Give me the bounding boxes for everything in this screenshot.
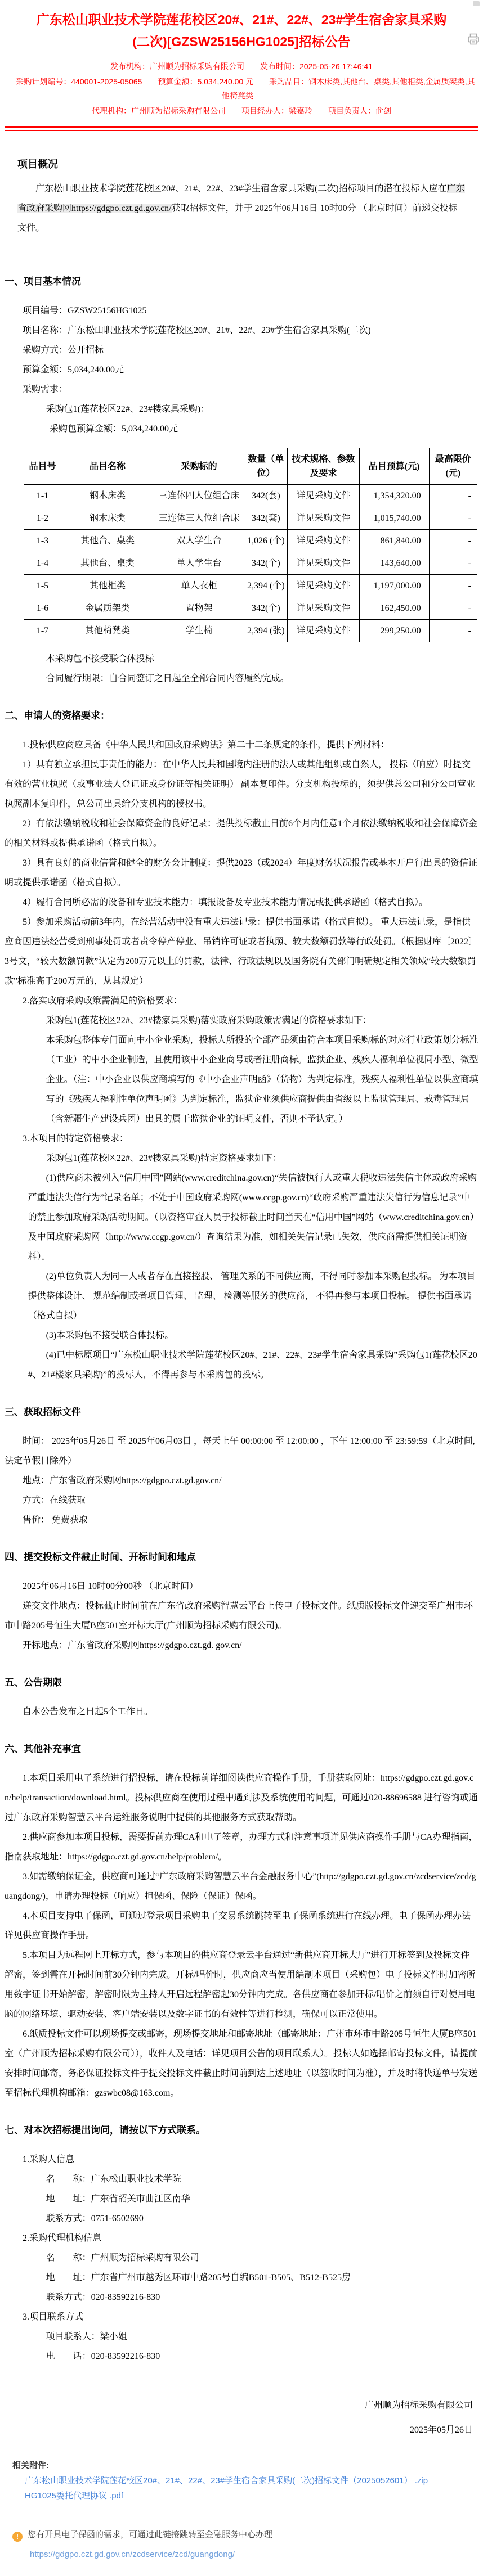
table-cell: 342(个) [244, 597, 288, 620]
meta-label: 代理机构： [92, 106, 131, 115]
notice-text: 您有开具电子保函的需求，可通过此链接跳转至金融服务中心办理 [28, 2530, 272, 2539]
table-cell: 1,015,740.00 [359, 507, 429, 530]
table-cell: 342(套) [244, 485, 288, 507]
meta-item: 项目负责人：俞剑 [328, 106, 391, 115]
section-heading: 三、获取招标文件 [5, 1404, 478, 1418]
table-cell: - [429, 620, 477, 642]
table-cell: 143,640.00 [359, 552, 429, 575]
table-cell: 其他柜类 [61, 575, 154, 597]
table-cell: 详见采购文件 [288, 597, 359, 620]
table-cell: 其他椅凳类 [61, 620, 154, 642]
table-cell: 其他台、桌类 [61, 552, 154, 575]
meta-row: 发布机构：广州顺为招标采购有限公司发布时间：2025-05-26 17:46:4… [5, 60, 478, 74]
alert-icon: ! [12, 2532, 23, 2542]
table-header-cell: 技术规格、参数及要求 [288, 448, 359, 485]
section-heading: 五、公告期限 [5, 1674, 478, 1688]
table-cell: 1-6 [24, 597, 61, 620]
table-cell: 置物架 [154, 597, 244, 620]
section-heading: 二、申请人的资格要求： [5, 708, 478, 722]
table-cell: 342(套) [244, 507, 288, 530]
paragraph: 时间： 2025年05月26日 至 2025年06月03日 ，每天上午 00:0… [5, 1431, 478, 1471]
table-row: 1-2钢木床类三连体三人位组合床342(套)详见采购文件1,015,740.00… [24, 507, 477, 530]
table-cell: 详见采购文件 [288, 530, 359, 552]
table-header-cell: 数量（单位） [244, 448, 288, 485]
table-cell: 详见采购文件 [288, 485, 359, 507]
red-divider [5, 126, 478, 131]
meta-item: 发布时间：2025-05-26 17:46:41 [260, 62, 373, 71]
paragraph: 1.投标供应商应具备《中华人民共和国政府采购法》第二十二条规定的条件，提供下列材… [5, 735, 478, 755]
meta-item: 采购品目：钢木床类,其他台、桌类,其他柜类,金属质架类,其他椅凳类 [222, 77, 475, 100]
table-cell: 1,354,320.00 [359, 485, 429, 507]
table-cell: 1,026 (个) [244, 530, 288, 552]
paragraph: 名 称：广东松山职业技术学院 [28, 2169, 478, 2189]
meta-row: 采购计划编号：440001-2025-05065预算金额：5,034,240.0… [5, 75, 478, 103]
meta-label: 发布机构： [110, 62, 150, 71]
overview-heading: 项目概况 [17, 156, 466, 171]
paragraph: 4）履行合同所必需的设备和专业技术能力：填报设备及专业技术能力情况或提供承诺函（… [5, 893, 478, 912]
table-row: 1-1钢木床类三连体四人位组合床342(套)详见采购文件1,354,320.00… [24, 485, 477, 507]
table-cell: 详见采购文件 [288, 575, 359, 597]
table-cell: 1-4 [24, 552, 61, 575]
print-icon[interactable] [467, 33, 480, 46]
table-cell: 双人学生台 [154, 530, 244, 552]
meta-label: 采购品目： [269, 77, 308, 86]
table-cell: 钢木床类 [61, 485, 154, 507]
paragraph: 地 址：广东省韶关市曲江区南华 [28, 2189, 478, 2209]
paragraph: 2025年06月16日 10时00分00秒 （北京时间） [5, 1577, 478, 1596]
paragraph: 开标地点：广东省政府采购网https://gdgpo.czt.gd. gov.c… [5, 1636, 478, 1655]
section-heading: 六、其他补充事宜 [5, 1741, 478, 1755]
table-cell: 1-7 [24, 620, 61, 642]
table-cell: 学生椅 [154, 620, 244, 642]
paragraph: 地点：广东省政府采购网https://gdgpo.czt.gd.gov.cn/ [5, 1471, 478, 1490]
project-overview-box: 项目概况 广东松山职业技术学院莲花校区20#、21#、22#、23#学生宿舍家具… [5, 146, 478, 254]
paragraph: 联系方式：0751-6502690 [28, 2209, 478, 2228]
table-cell: - [429, 507, 477, 530]
paragraph: 6.纸质投标文件可以现场提交或邮寄，现场提交地址和邮寄地址（邮寄地址：广州市环市… [5, 2024, 478, 2103]
table-cell: - [429, 552, 477, 575]
table-cell: 1-1 [24, 485, 61, 507]
table-row: 1-5其他柜类单人衣柜2,394 (个)详见采购文件1,197,000.00- [24, 575, 477, 597]
table-header-cell: 最高限价(元) [429, 448, 477, 485]
overview-text-before: 广东松山职业技术学院莲花校区20#、21#、22#、23#学生宿舍家具采购(二次… [35, 184, 447, 193]
paragraph: 1.采购人信息 [5, 2150, 478, 2169]
table-cell: 钢木床类 [61, 507, 154, 530]
table-cell: 金属质架类 [61, 597, 154, 620]
table-cell: - [429, 530, 477, 552]
paragraph: 自本公告发布之日起5个工作日。 [5, 1702, 478, 1722]
attachments-section: 相关附件: 广东松山职业技术学院莲花校区20#、21#、22#、23#学生宿舍家… [5, 2458, 478, 2503]
attachment-link[interactable]: HG1025委托代理协议 .pdf [25, 2488, 478, 2503]
meta-value: 梁嘉玲 [289, 106, 312, 115]
page-title: 广东松山职业技术学院莲花校区20#、21#、22#、23#学生宿舍家具采购(二次… [5, 0, 478, 55]
paragraph: 方式：在线获取 [5, 1490, 478, 1510]
paragraph: 5.本项目为远程网上开标方式，参与本项目的供应商登录云平台通过“新供应商开标大厅… [5, 1945, 478, 2024]
paragraph: 采购包1(莲花校区22#、23#楼家具采购)落实政府采购政策需满足的资格要求如下… [46, 1011, 478, 1030]
table-cell: 三连体三人位组合床 [154, 507, 244, 530]
paragraph: 3.如需缴纳保证金，供应商可通过“广东政府采购智慧云平台金融服务中心”(http… [5, 1867, 478, 1906]
table-cell: 详见采购文件 [288, 507, 359, 530]
table-header-cell: 品目号 [24, 448, 61, 485]
meta-value: 俞剑 [375, 106, 391, 115]
meta-label: 项目负责人： [328, 106, 375, 115]
table-cell: 详见采购文件 [288, 620, 359, 642]
paragraph: 2.供应商参加本项目投标，需要提前办理CA和电子签章，办理方式和注意事项详见供应… [5, 1827, 478, 1867]
paragraph: 本采购包不接受联合体投标 [28, 649, 478, 669]
table-row: 1-4其他台、桌类单人学生台342(个)详见采购文件143,640.00- [24, 552, 477, 575]
meta-label: 预算金额： [158, 77, 197, 86]
paragraph: 递交文件地点：投标截止时间前在广东省政府采购智慧云平台上传电子投标文件。纸质版投… [5, 1596, 478, 1636]
meta-value: 广州顺为招标采购有限公司 [131, 106, 226, 115]
meta-item: 预算金额：5,034,240.00 元 [158, 77, 253, 86]
paragraph: 1.本项目采用电子系统进行招投标，请在投标前详细阅读供应商操作手册，手册获取网址… [5, 1768, 478, 1827]
paragraph: 项目编号：GZSW25156HG1025 [5, 301, 478, 321]
paragraph: 2）有依法缴纳税收和社会保障资金的良好记录：提供投标截止日前6个月内任意1个月依… [5, 814, 478, 853]
paragraph: 1）具有独立承担民事责任的能力：在中华人民共和国境内注册的法人或其他组织或自然人… [5, 755, 478, 814]
table-cell: 三连体四人位组合床 [154, 485, 244, 507]
meta-row: 代理机构：广州顺为招标采购有限公司项目经办人：梁嘉玲项目负责人：俞剑 [5, 104, 478, 118]
table-cell: - [429, 597, 477, 620]
paragraph: 5）参加采购活动前3年内，在经营活动中没有重大违法记录：提供书面承诺（格式自拟）… [5, 912, 478, 991]
table-row: 1-7其他椅凳类学生椅2,394 (张)详见采购文件299,250.00- [24, 620, 477, 642]
meta-value: 2025-05-26 17:46:41 [299, 62, 373, 71]
paragraph: 采购方式：公开招标 [5, 340, 478, 360]
attachments-label: 相关附件: [5, 2458, 478, 2473]
paragraph: 预算金额：5,034,240.00元 [5, 360, 478, 380]
eguarantee-notice: !您有开具电子保函的需求，可通过此链接跳转至金融服务中心办理 https://g… [5, 2529, 478, 2559]
meta-label: 项目经办人： [241, 106, 289, 115]
paragraph: 合同履行期限：自合同签订之日起至全部合同内容履约完成。 [28, 669, 478, 688]
announcement-page: 广东松山职业技术学院莲花校区20#、21#、22#、23#学生宿舍家具采购(二次… [0, 0, 483, 2576]
paragraph: 3.本项目的特定资格要求： [5, 1129, 478, 1149]
table-cell: 162,450.00 [359, 597, 429, 620]
paragraph: 3）具有良好的商业信誉和健全的财务会计制度：提供2023（或2024）年度财务状… [5, 853, 478, 893]
table-header-cell: 品目名称 [61, 448, 154, 485]
paragraph: 本采购包整体专门面向中小企业采购，投标人所投的全部产品须由符合本项目采购标的对应… [46, 1030, 478, 1129]
attachments-list: 广东松山职业技术学院莲花校区20#、21#、22#、23#学生宿舍家具采购(二次… [5, 2473, 478, 2503]
paragraph: 项目名称：广东松山职业技术学院莲花校区20#、21#、22#、23#学生宿舍家具… [5, 321, 478, 340]
items-table: 品目号品目名称采购标的数量（单位）技术规格、参数及要求品目预算(元)最高限价(元… [24, 448, 477, 642]
overview-text: 广东松山职业技术学院莲花校区20#、21#、22#、23#学生宿舍家具采购(二次… [17, 179, 466, 238]
paragraph: (1)供应商未被列入“信用中国”网站(www.creditchina.gov.c… [28, 1168, 478, 1267]
table-cell: - [429, 575, 477, 597]
section-heading: 一、项目基本情况 [5, 273, 478, 287]
attachment-link[interactable]: 广东松山职业技术学院莲花校区20#、21#、22#、23#学生宿舍家具采购(二次… [25, 2473, 478, 2488]
table-header-cell: 采购标的 [154, 448, 244, 485]
signature-block: 广州顺为招标采购有限公司 2025年05月26日 [5, 2393, 478, 2443]
corner-icon [473, 1, 480, 6]
table-row: 1-6金属质架类置物架342(个)详见采购文件162,450.00- [24, 597, 477, 620]
signature-company: 广州顺为招标采购有限公司 [5, 2393, 473, 2418]
table-cell: - [429, 485, 477, 507]
meta-item: 采购计划编号：440001-2025-05065 [16, 77, 142, 86]
paragraph: 采购包预算金额：5,034,240.00元 [32, 419, 478, 439]
paragraph: 3.项目联系方式 [5, 2307, 478, 2327]
paragraph: 2.落实政府采购政策需满足的资格要求： [5, 991, 478, 1011]
paragraph: 售价： 免费获取 [5, 1510, 478, 1530]
meta-rows: 发布机构：广州顺为招标采购有限公司发布时间：2025-05-26 17:46:4… [5, 60, 478, 118]
meta-label: 发布时间： [260, 62, 299, 71]
paragraph: 名 称：广州顺为招标采购有限公司 [28, 2248, 478, 2268]
meta-item: 发布机构：广州顺为招标采购有限公司 [110, 62, 244, 71]
paragraph: 4.本项目支持电子保函，可通过登录项目采购电子交易系统跳转至电子保函系统进行在线… [5, 1906, 478, 1945]
paragraph: 电 话：020-83592216-830 [28, 2347, 478, 2366]
table-cell: 详见采购文件 [288, 552, 359, 575]
section-heading: 七、对本次招标提出询问，请按以下方式联系。 [5, 2122, 478, 2136]
table-cell: 1-3 [24, 530, 61, 552]
paragraph: (3)本采购包不接受联合体投标。 [28, 1326, 478, 1345]
notice-link[interactable]: https://gdgpo.czt.gd.gov.cn/zcdservice/z… [30, 2550, 478, 2559]
signature-date: 2025年05月26日 [5, 2418, 473, 2443]
paragraph: 地 址：广东省广州市越秀区环市中路205号自编B501-B505、B512-B5… [28, 2268, 478, 2287]
meta-value: 5,034,240.00 元 [197, 77, 253, 86]
table-cell: 2,394 (个) [244, 575, 288, 597]
table-header-cell: 品目预算(元) [359, 448, 429, 485]
paragraph: (4)已中标原项目“广东松山职业技术学院莲花校区20#、21#、22#、23#学… [28, 1345, 478, 1385]
meta-item: 代理机构：广州顺为招标采购有限公司 [92, 106, 226, 115]
section-heading: 四、提交投标文件截止时间、开标时间和地点 [5, 1549, 478, 1563]
table-cell: 单人衣柜 [154, 575, 244, 597]
table-cell: 1,197,000.00 [359, 575, 429, 597]
meta-value: 广州顺为招标采购有限公司 [150, 62, 244, 71]
paragraph: (2)单位负责人为同一人或者存在直接控股、 管理关系的不同供应商，不得同时参加本… [28, 1267, 478, 1326]
paragraph: 2.采购代理机构信息 [5, 2228, 478, 2248]
paragraph: 采购包1(莲花校区22#、23#楼家具采购)特定资格要求如下： [46, 1149, 478, 1168]
paragraph: 采购需求： [5, 380, 478, 399]
table-cell: 861,840.00 [359, 530, 429, 552]
meta-item: 项目经办人：梁嘉玲 [241, 106, 312, 115]
paragraph: 项目联系人：梁小姐 [28, 2327, 478, 2347]
meta-value: 440001-2025-05065 [71, 77, 142, 86]
meta-value: 钢木床类,其他台、桌类,其他柜类,金属质架类,其他椅凳类 [222, 77, 475, 100]
table-cell: 299,250.00 [359, 620, 429, 642]
table-header-row: 品目号品目名称采购标的数量（单位）技术规格、参数及要求品目预算(元)最高限价(元… [24, 448, 477, 485]
meta-label: 采购计划编号： [16, 77, 71, 86]
table-cell: 2,394 (张) [244, 620, 288, 642]
table-cell: 其他台、桌类 [61, 530, 154, 552]
table-cell: 单人学生台 [154, 552, 244, 575]
table-cell: 1-2 [24, 507, 61, 530]
notice-row: !您有开具电子保函的需求，可通过此链接跳转至金融服务中心办理 [5, 2529, 478, 2542]
table-cell: 342(个) [244, 552, 288, 575]
table-row: 1-3其他台、桌类双人学生台1,026 (个)详见采购文件861,840.00- [24, 530, 477, 552]
table-cell: 1-5 [24, 575, 61, 597]
document-body: 一、项目基本情况项目编号：GZSW25156HG1025项目名称：广东松山职业技… [5, 273, 478, 2366]
paragraph: 采购包1(莲花校区22#、23#楼家具采购)： [28, 399, 478, 419]
